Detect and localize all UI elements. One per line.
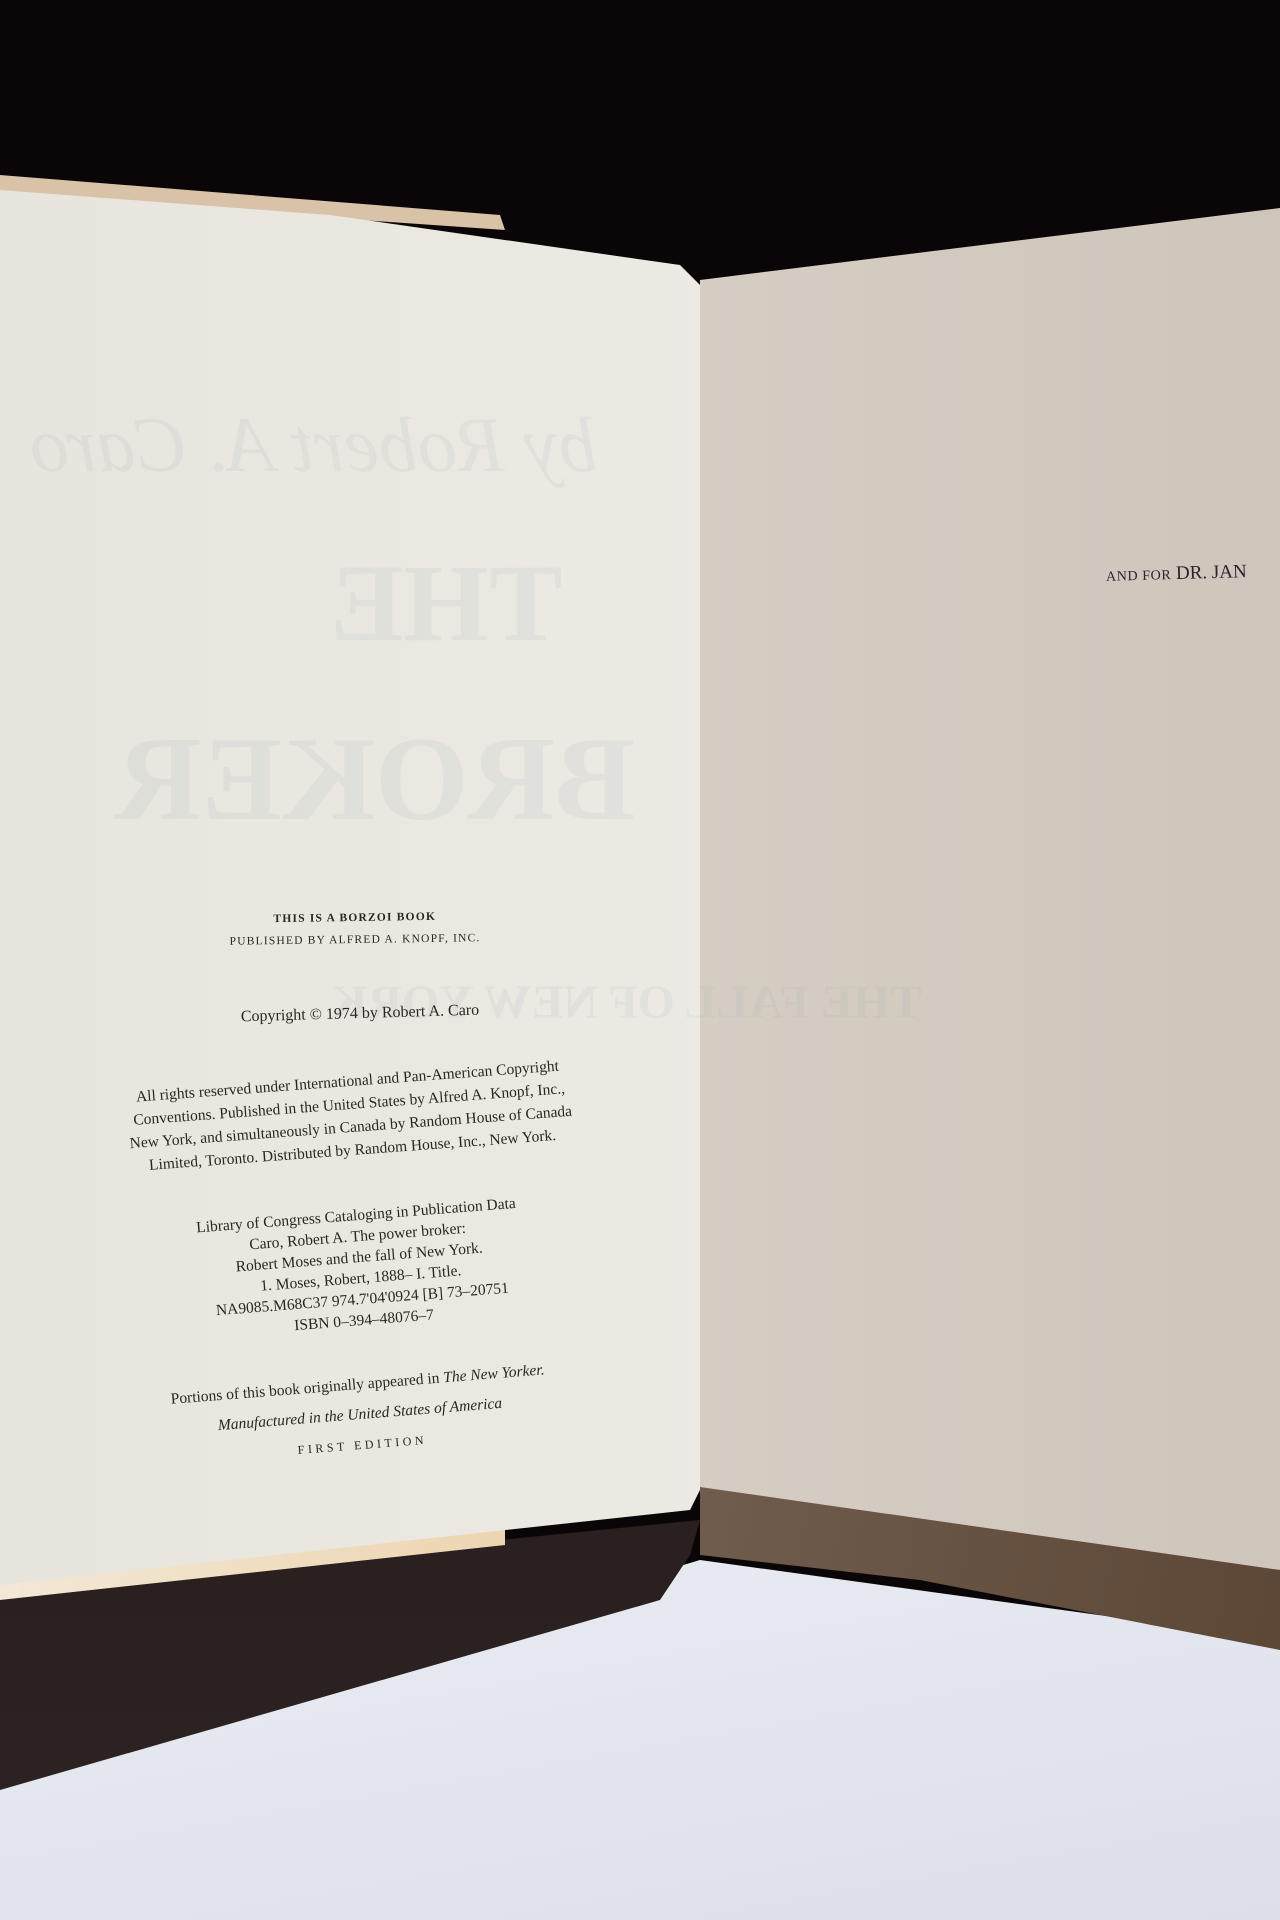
show-through-title-the: THE — [330, 540, 562, 667]
show-through-title-broker: BROKER — [115, 710, 635, 848]
borzoi-line: THIS IS A BORZOI BOOK — [215, 910, 495, 926]
borzoi-imprint: THIS IS A BORZOI BOOK PUBLISHED BY ALFRE… — [215, 910, 496, 958]
dedication-name: DR. JAN — [1176, 561, 1247, 584]
dedication-prefix: AND FOR — [1106, 568, 1172, 585]
dedication-text: AND FOR DR. JAN — [1106, 561, 1247, 587]
magazine-name: The New Yorker. — [443, 1361, 546, 1386]
publisher-line: PUBLISHED BY ALFRED A. KNOPF, INC. — [215, 932, 495, 948]
show-through-author: by Robert A. Caro — [30, 400, 598, 490]
